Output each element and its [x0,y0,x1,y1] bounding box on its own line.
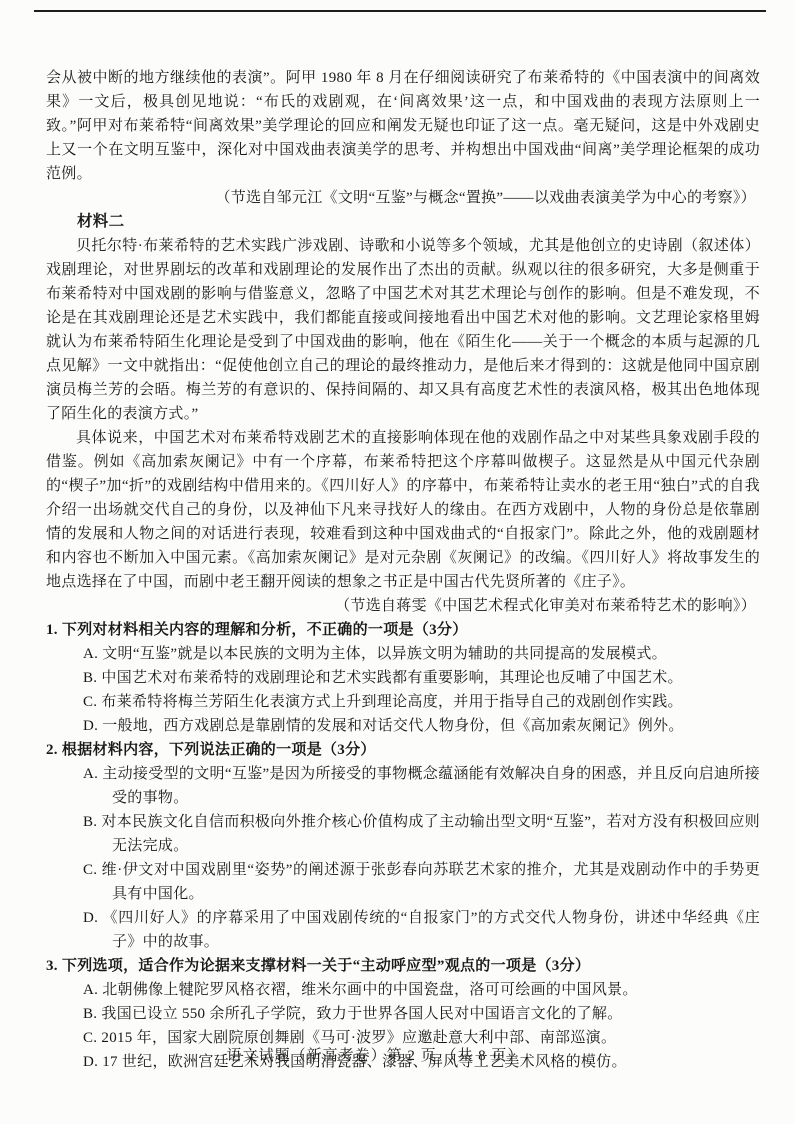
question-option: B. 中国艺术对布莱希特的戏剧理论和艺术实践都有重要影响，其理论也反哺了中国艺术… [46,666,760,690]
question-option: D. 《四川好人》的序幕采用了中国戏剧传统的“自报家门”的方式交代人物身份，讲述… [46,906,760,954]
question-option: C. 维·伊文对中国戏剧里“姿势”的阐述源于张彭春向苏联艺术家的推介，尤其是戏剧… [46,858,760,906]
passage-paragraph: 具体说来，中国艺术对布莱希特戏剧艺术的直接影响体现在他的戏剧作品之中对某些具象戏… [46,426,760,594]
material-2-heading: 材料二 [46,210,760,234]
question-option: B. 对本民族文化自信而积极向外推介核心价值构成了主动输出型文明“互鉴”，若对方… [46,810,760,858]
question-stem: 1. 下列对材料相关内容的理解和分析，不正确的一项是（3分） [46,618,760,642]
passage-paragraph-continuation: 会从被中断的地方继续他的表演”。阿甲 1980 年 8 月在仔细阅读研究了布莱希… [46,66,760,186]
source-citation-material-2: （节选自蒋雯《中国艺术程式化审美对布莱希特艺术的影响》） [46,594,760,618]
question-1: 1. 下列对材料相关内容的理解和分析，不正确的一项是（3分） A. 文明“互鉴”… [46,618,760,738]
question-option: D. 一般地，西方戏剧总是靠剧情的发展和对话交代人物身份，但《高加索灰阑记》例外… [46,714,760,738]
question-stem: 2. 根据材料内容，下列说法正确的一项是（3分） [46,738,760,762]
question-option: A. 主动接受型的文明“互鉴”是因为所接受的事物概念蕴涵能有效解决自身的困惑，并… [46,762,760,810]
question-option: A. 北朝佛像上犍陀罗风格衣褶，维米尔画中的中国瓷盘，洛可可绘画的中国风景。 [46,978,760,1002]
page-content: 会从被中断的地方继续他的表演”。阿甲 1980 年 8 月在仔细阅读研究了布莱希… [46,66,760,1074]
question-option: A. 文明“互鉴”就是以本民族的文明为主体，以异族文明为辅助的共同提高的发展模式… [46,642,760,666]
page-footer: 语文试题（新高考卷）第 2 页 （共 8 页） [0,1044,772,1065]
question-2: 2. 根据材料内容，下列说法正确的一项是（3分） A. 主动接受型的文明“互鉴”… [46,738,760,954]
scan-edge-line [34,10,766,12]
question-stem: 3. 下列选项，适合作为论据来支撑材料一关于“主动呼应型”观点的一项是（3分） [46,954,760,978]
source-citation-material-1: （节选自邹元江《文明“互鉴”与概念“置换”——以戏曲表演美学为中心的考察》） [46,186,760,210]
passage-paragraph: 贝托尔特·布莱希特的艺术实践广涉戏剧、诗歌和小说等多个领域，尤其是他创立的史诗剧… [46,234,760,426]
question-option: C. 布莱希特将梅兰芳陌生化表演方式上升到理论高度，并用于指导自己的戏剧创作实践… [46,690,760,714]
question-option: B. 我国已设立 550 余所孔子学院，致力于世界各国人民对中国语言文化的了解。 [46,1002,760,1026]
